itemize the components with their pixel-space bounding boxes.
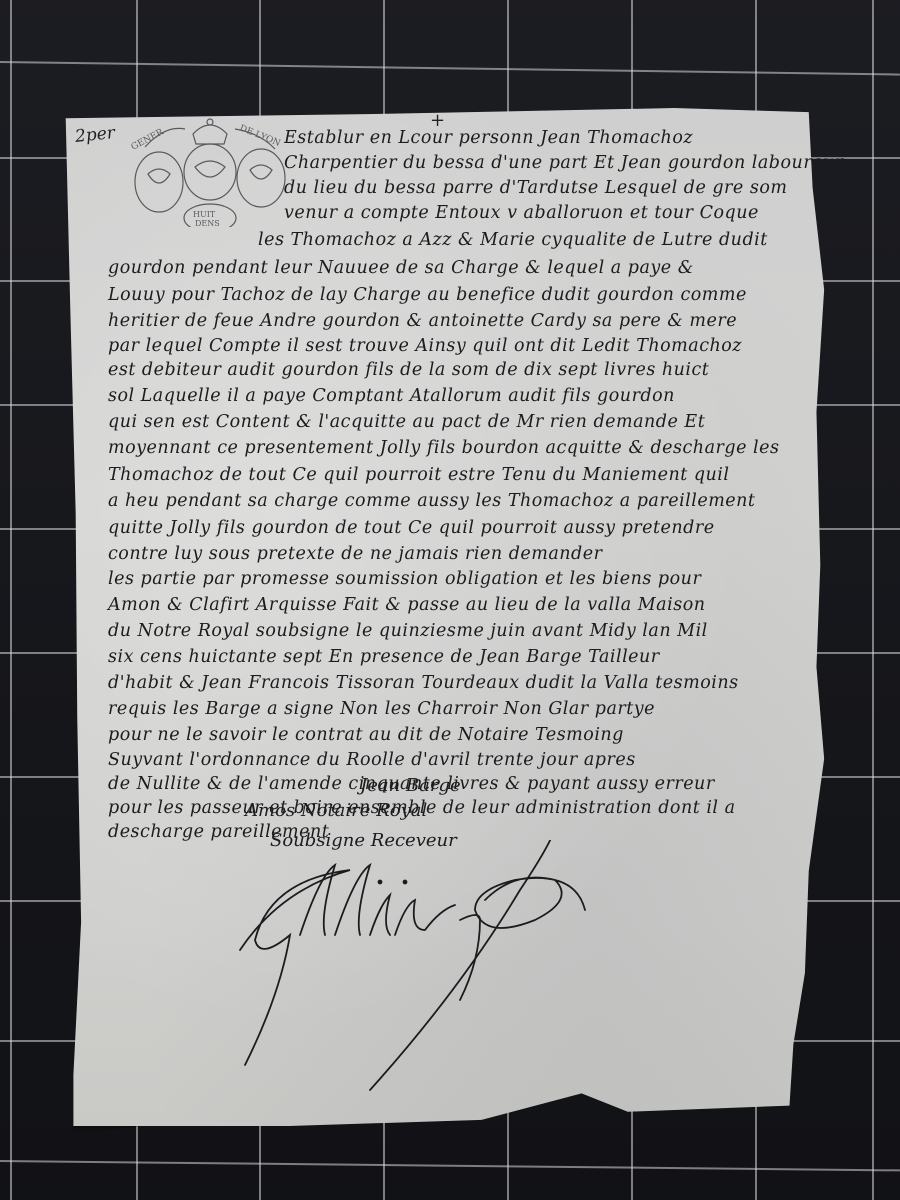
manuscript-line: par lequel Compte il sest trouve Ainsy q… [108, 336, 742, 356]
manuscript-line: venur a compte Entoux v aballoruon et to… [284, 203, 759, 223]
stamp-bottom-text: HUIT [193, 210, 216, 219]
manuscript-line: est debiteur audit gourdon fils de la so… [108, 360, 709, 380]
manuscript-line: gourdon pendant leur Nauuee de sa Charge… [108, 258, 694, 278]
notary-signature-icon: Gillier [230, 840, 630, 1100]
grid-line [0, 61, 900, 75]
manuscript-line: requis les Barge a signe Non les Charroi… [108, 699, 655, 719]
grid-line [872, 0, 874, 1200]
manuscript-line: six cens huictante sept En presence de J… [108, 647, 660, 667]
signature-text: Gillier [250, 1089, 254, 1091]
manuscript-line: Charpentier du bessa d'une part Et Jean … [284, 153, 844, 173]
manuscript-line: Suyvant l'ordonnance du Roolle d'avril t… [108, 750, 636, 770]
manuscript-line: qui sen est Content & l'acquitte au pact… [108, 412, 705, 432]
grid-line [0, 1160, 900, 1171]
stamp-bottom-text-2: DENS [195, 219, 220, 227]
manuscript-line: les Thomachoz a Azz & Marie cyqualite de… [258, 230, 768, 250]
manuscript-line: heritier de feue Andre gourdon & antoine… [108, 311, 737, 331]
manuscript-line: Thomachoz de tout Ce quil pourroit estre… [108, 465, 729, 485]
manuscript-line: du Notre Royal soubsigne le quinziesme j… [108, 621, 708, 641]
manuscript-line: contre luy sous pretexte de ne jamais ri… [108, 544, 602, 564]
manuscript-line: quitte Jolly fils gourdon de tout Ce qui… [108, 518, 715, 538]
page-marker: 2per [74, 123, 116, 147]
manuscript-line: moyennant ce presentement Jolly fils bou… [108, 438, 779, 458]
tax-stamp-icon: GENER DE LYON HUIT DENS [115, 112, 305, 227]
manuscript-line: les partie par promesse soumission oblig… [108, 569, 701, 589]
manuscript-line: sol Laquelle il a paye Comptant Atalloru… [108, 386, 675, 406]
manuscript-line: a heu pendant sa charge comme aussy les … [108, 491, 755, 511]
manuscript-line: pour ne le savoir le contrat au dit de N… [108, 725, 624, 745]
manuscript-line: Amon & Clafirt Arquisse Fait & passe au … [108, 595, 706, 615]
notary-title-line-1: Amos Notaire Royal [245, 800, 427, 821]
witness-signature: Jean Barge [360, 775, 461, 796]
manuscript-line: du lieu du bessa parre d'Tardutse Lesque… [284, 178, 787, 198]
manuscript-line: d'habit & Jean Francois Tissoran Tourdea… [108, 673, 739, 693]
stamp-top-right-text: DE LYON [238, 124, 282, 150]
stamp-top-left-text: GENER [130, 127, 166, 152]
manuscript-line: Louuy pour Tachoz de lay Charge au benef… [108, 285, 747, 305]
manuscript-line: Establur en Lcour personn Jean Thomachoz [284, 128, 693, 148]
grid-line [10, 0, 12, 1200]
